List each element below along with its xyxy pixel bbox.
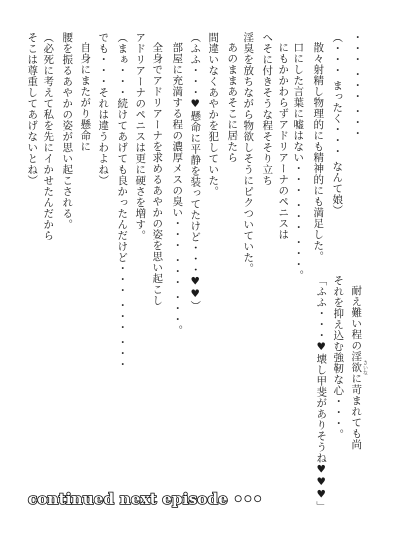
text-column: 淫臭を放ちながら物欲しそうにピクついていた。 — [243, 32, 254, 274]
text-column: 自身にまたがり懸命に — [80, 42, 91, 152]
text-column: 「ふふ・・・♥壊し甲斐がありそうね♥♥♥」 — [316, 275, 327, 512]
text-column: そこは尊重してあげないとね） — [27, 32, 38, 186]
text-column: あのままあそこに居たら — [227, 42, 238, 163]
continued-next-episode-caption: continued next episode ••• — [28, 490, 263, 508]
text-column: 耐え難い程の淫欲に苛まれても尚 — [351, 285, 362, 450]
text-column: 全身でアドリアーナを求めるあやかの姿を思い起こし — [152, 42, 163, 306]
text-column: それを抑え込む強靭な心・・・。 — [333, 275, 344, 440]
text-column: （・・・ まったく・・・ なんて娘） — [332, 32, 343, 216]
text-column: 散々射精し物理的にも精神的にも満足した。 — [313, 42, 324, 262]
text-column: へそに付きそうな程そそり立ち — [262, 32, 273, 186]
text-column: （必死に考えて私を先にイかせたんだから — [43, 32, 54, 241]
text-column: 腰を振るあやかの姿が思い起こされる。 — [62, 32, 73, 230]
text-column: アドリアーナのペニスは更に硬さを増す。 — [135, 32, 146, 241]
text-column: 部屋に充満する程の濃厚メスの臭い・・・ ・・・ ・・・。 — [172, 42, 183, 336]
text-column: ・・・ ・・・ ・・・ — [352, 32, 363, 139]
text-column: （まぁ・・・続けてあげても良かったんだけど・・・ ・・・ ・・・ — [117, 32, 128, 370]
ruby-annotation: さいな — [362, 360, 369, 375]
text-column: （ふふ・・・♥懸命に平静を装ってたけど・・・♥♥） — [190, 32, 201, 312]
text-column: でも・・・それは違うわよね） — [98, 32, 109, 186]
text-column: 間違いなくあやかを犯していた。 — [208, 32, 219, 197]
text-column: 口にした言葉に嘘はない・・・ ・・・ ・・・。 — [293, 42, 304, 281]
text-column: にもかかわらずアドリアーナのペニスは — [278, 42, 289, 240]
